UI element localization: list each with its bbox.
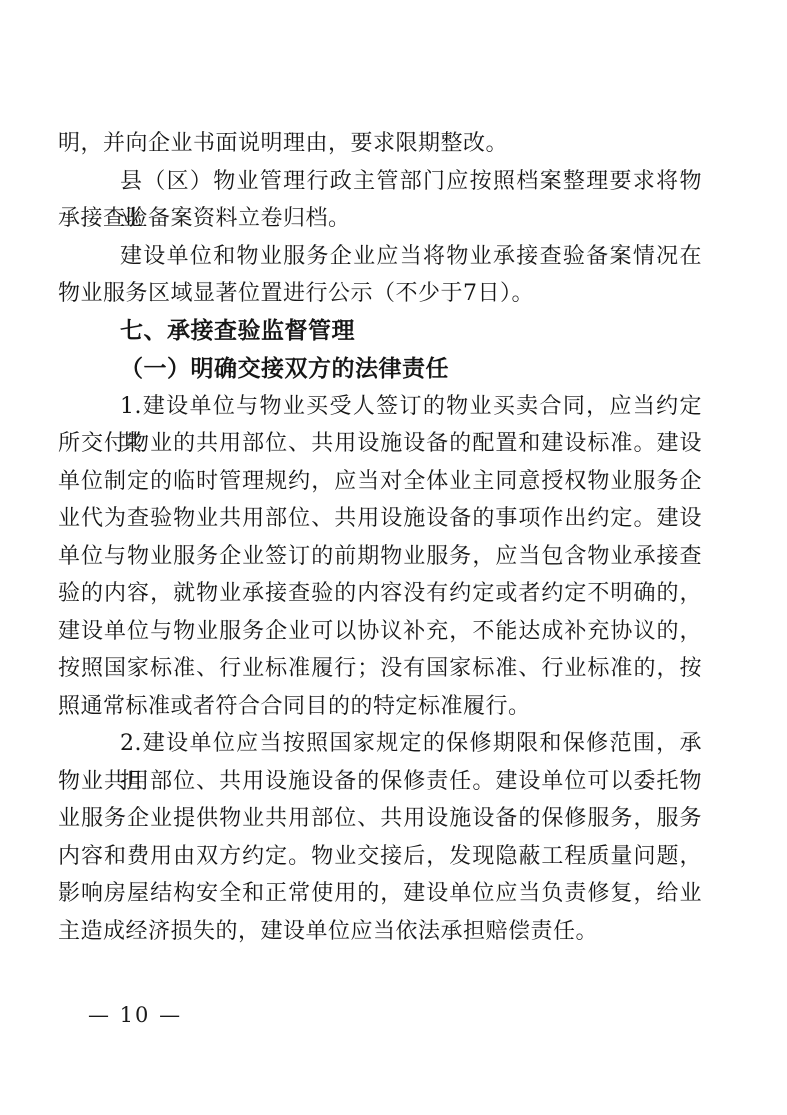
scanned-document-page: 明，并向企业书面说明理由，要求限期整改。 县（区）物业管理行政主管部门应按照档案… <box>0 0 787 1115</box>
doc-line-11: 业代为查验物业共用部位、共用设施设备的事项作出约定。建设 <box>58 500 702 538</box>
doc-line-16: 照通常标准或者符合合同目的的特定标准履行。 <box>58 688 702 726</box>
doc-line-22: 主造成经济损失的，建设单位应当依法承担赔偿责任。 <box>58 913 702 951</box>
doc-line-05: 物业服务区域显著位置进行公示（不少于7日）。 <box>58 275 702 313</box>
doc-line-14: 建设单位与物业服务企业可以协议补充，不能达成补充协议的， <box>58 613 702 651</box>
doc-line-10: 单位制定的临时管理规约，应当对全体业主同意授权物业服务企 <box>58 463 702 501</box>
doc-line-03: 承接查验备案资料立卷归档。 <box>58 200 702 238</box>
doc-line-08: 1.建设单位与物业买受人签订的物业买卖合同，应当约定其 <box>58 388 702 426</box>
doc-line-13: 验的内容，就物业承接查验的内容没有约定或者约定不明确的， <box>58 575 702 613</box>
doc-line-18: 物业共用部位、共用设施设备的保修责任。建设单位可以委托物 <box>58 763 702 801</box>
page-number: — 10 — <box>88 998 182 1032</box>
doc-line-21: 影响房屋结构安全和正常使用的，建设单位应当负责修复，给业 <box>58 875 702 913</box>
doc-line-02: 县（区）物业管理行政主管部门应按照档案整理要求将物业 <box>58 163 702 201</box>
doc-line-12: 单位与物业服务企业签订的前期物业服务，应当包含物业承接查 <box>58 538 702 576</box>
doc-line-09: 所交付物业的共用部位、共用设施设备的配置和建设标准。建设 <box>58 425 702 463</box>
doc-line-15: 按照国家标准、行业标准履行；没有国家标准、行业标准的，按 <box>58 650 702 688</box>
doc-line-19: 业服务企业提供物业共用部位、共用设施设备的保修服务，服务 <box>58 800 702 838</box>
heading-section-7: 七、承接查验监督管理 <box>58 313 702 351</box>
doc-line-04: 建设单位和物业服务企业应当将物业承接查验备案情况在 <box>58 238 702 276</box>
doc-line-01: 明，并向企业书面说明理由，要求限期整改。 <box>58 125 702 163</box>
document-text-block: 明，并向企业书面说明理由，要求限期整改。 县（区）物业管理行政主管部门应按照档案… <box>58 125 702 950</box>
doc-line-20: 内容和费用由双方约定。物业交接后，发现隐蔽工程质量问题， <box>58 838 702 876</box>
heading-subsection-1: （一）明确交接双方的法律责任 <box>58 350 702 388</box>
doc-line-17: 2.建设单位应当按照国家规定的保修期限和保修范围，承担 <box>58 725 702 763</box>
